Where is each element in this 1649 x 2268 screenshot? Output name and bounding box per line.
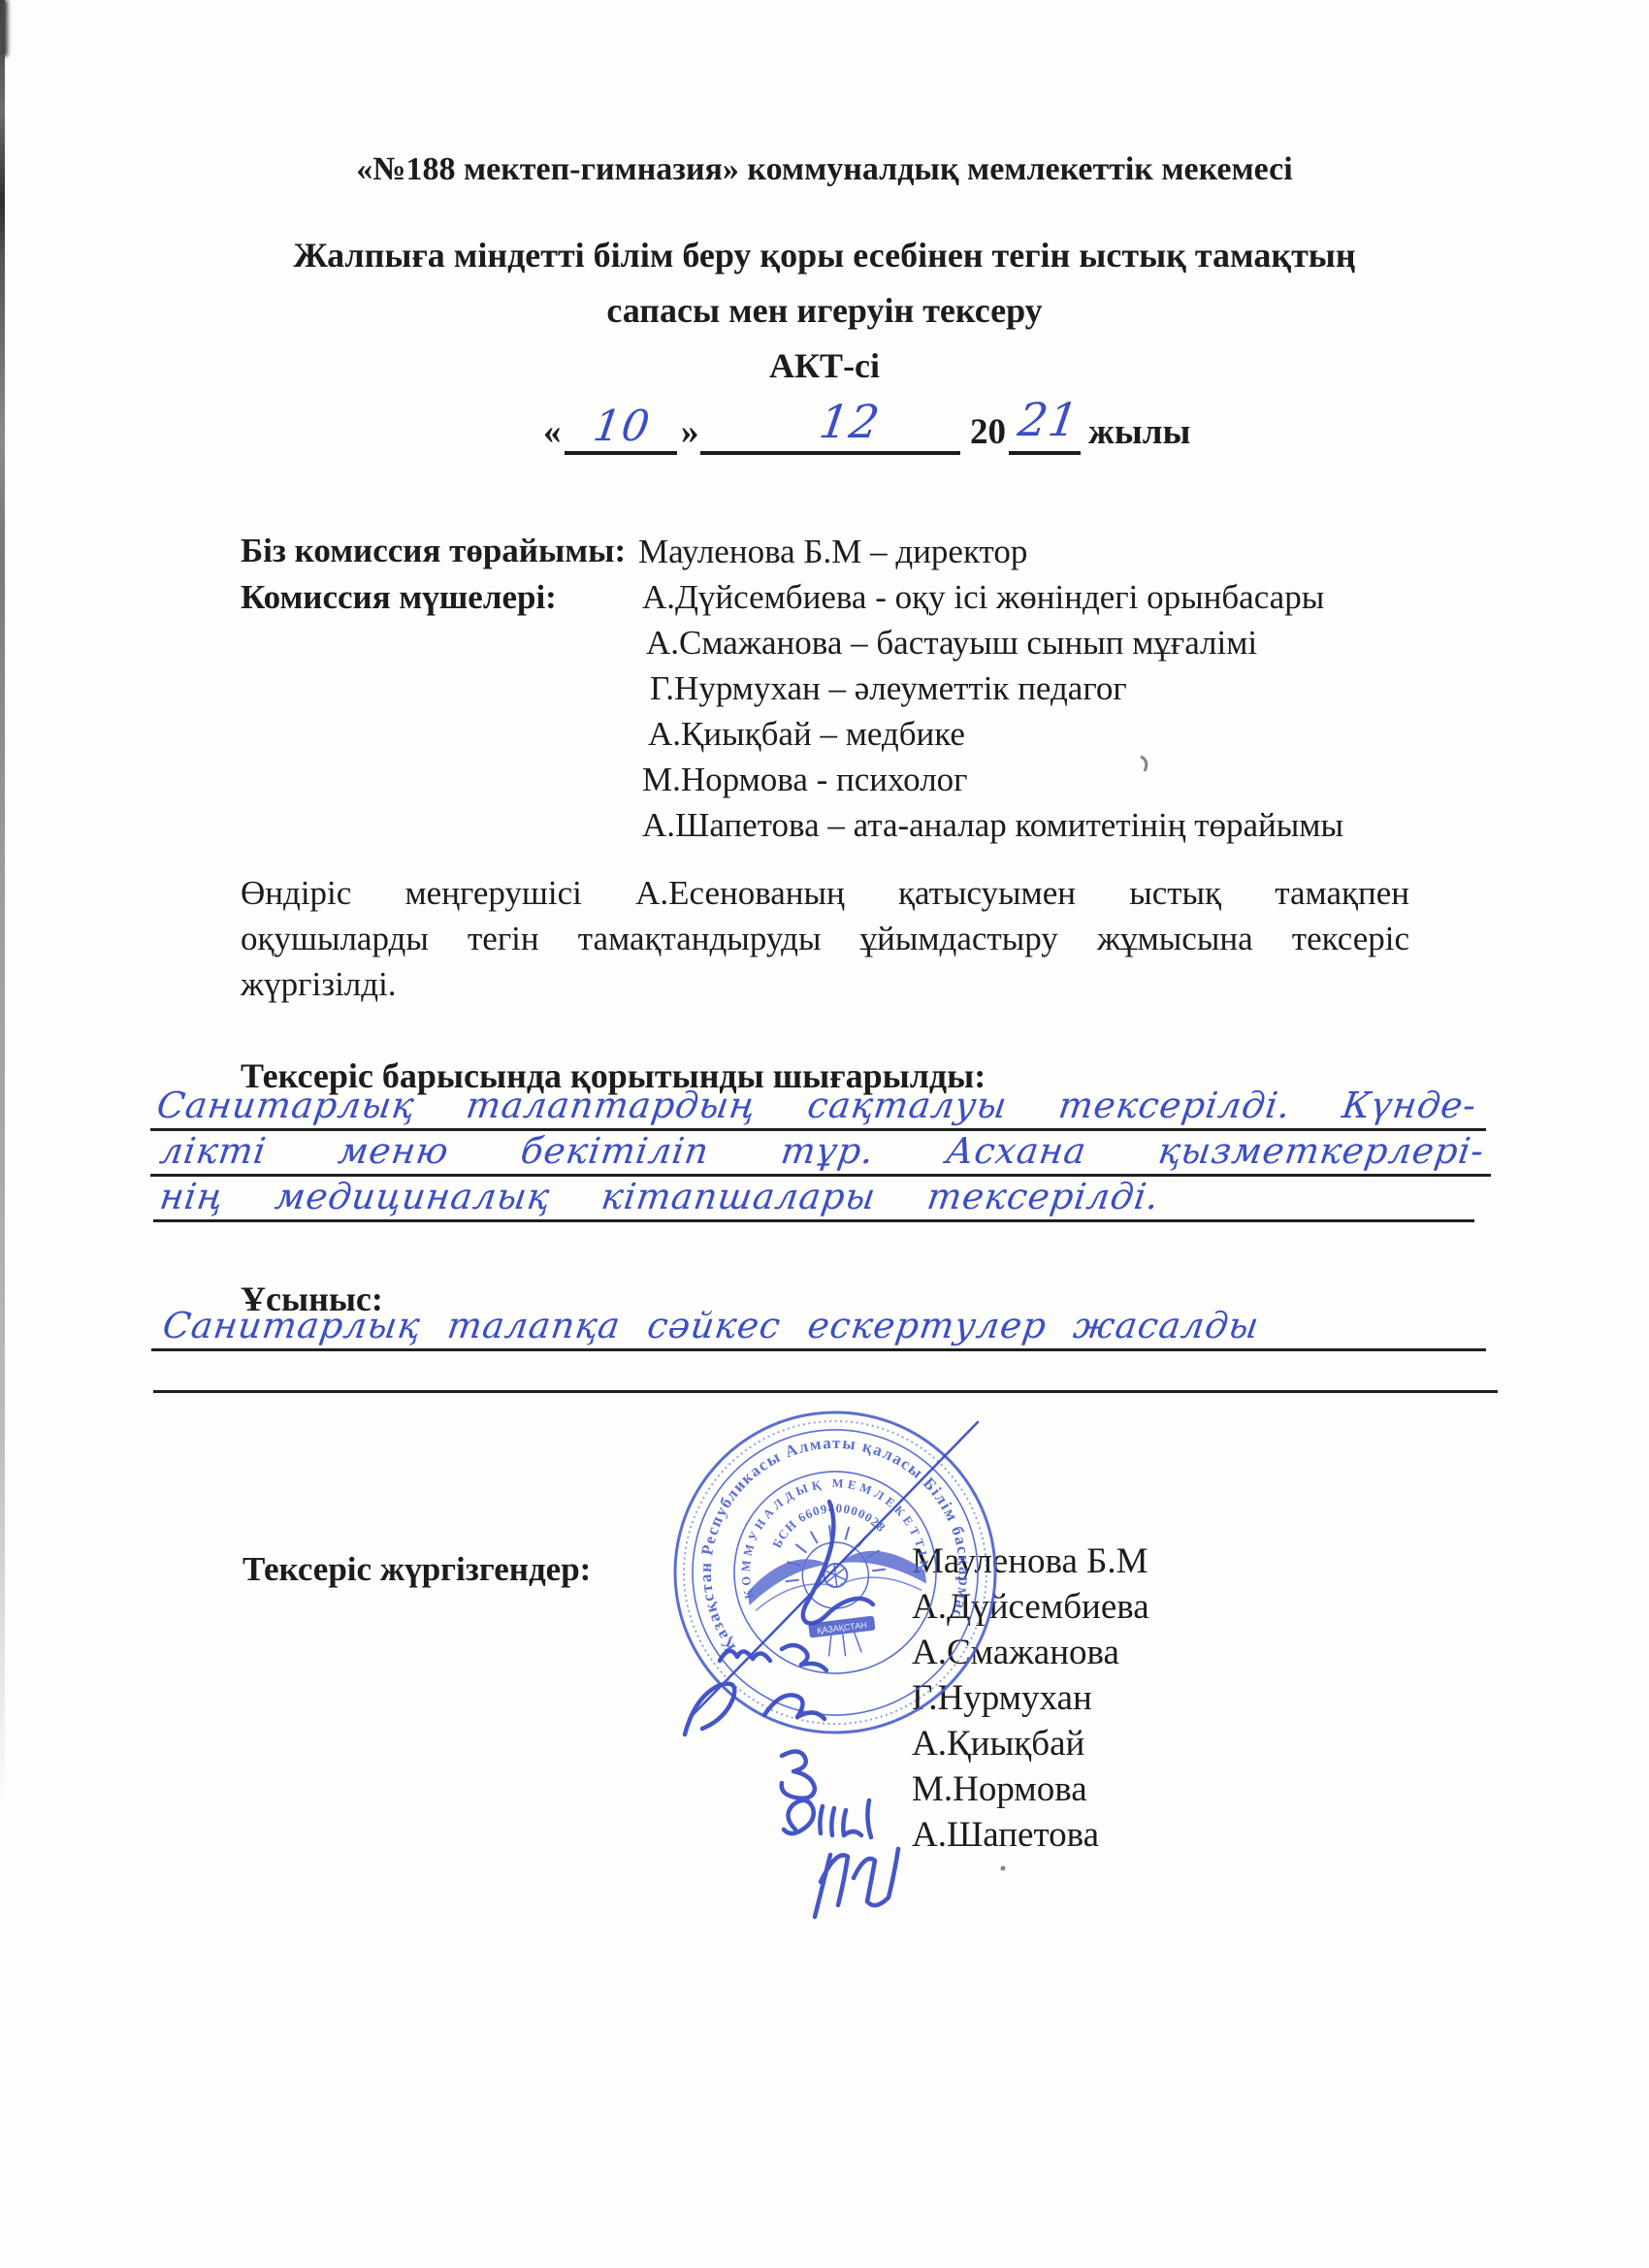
scan-speck [1001, 1866, 1006, 1871]
signature-stroke [815, 1849, 898, 1917]
scan-corner-artifact [0, 0, 8, 56]
ruled-line [153, 1390, 1498, 1393]
inspector-name: А.Шапетова [912, 1812, 1149, 1858]
body-paragraph-line: жүргізілді. [241, 965, 1409, 1004]
handwritten-conclusion-line-1: Санитарлық талаптардың сақталуы тексеріл… [154, 1084, 1479, 1128]
commission-chair-value: Мауленова Б.М – директор [638, 533, 1027, 571]
org-title: «№188 мектеп-гимназия» коммуналдық мемле… [0, 151, 1649, 188]
date-close-quote: » [681, 411, 699, 453]
stamp-microtext-ring [671, 1409, 1001, 1738]
ruled-line [151, 1348, 1486, 1351]
handwritten-conclusion-line-2: лікті меню бекітіліп тұр. Асхана қызметк… [157, 1129, 1487, 1174]
signature-stroke [784, 1800, 871, 1837]
scan-speck [1141, 757, 1147, 771]
ruled-line [153, 1219, 1474, 1222]
scanned-act-document: «№188 мектеп-гимназия» коммуналдық мемле… [0, 0, 1649, 2268]
date-open-quote: « [543, 411, 562, 453]
signature-stroke [782, 1751, 815, 1798]
official-stamp: Қазақстан Республикасы Алматы қаласы Біл… [671, 1409, 1001, 1738]
commission-chair-label: Біз комиссия төрайымы: [241, 532, 626, 570]
body-paragraph-line: Өндіріс меңгерушісі А.Есенованың қатысуы… [241, 874, 1409, 913]
member-row: М.Нормова - психолог [642, 761, 968, 799]
member-row: А.Қиықбай – медбике [648, 715, 965, 754]
member-row: А.Дүйсембиева - оқу ісі жөніндегі орынба… [642, 578, 1324, 617]
inspector-name: М.Нормова [912, 1766, 1149, 1812]
handwritten-proposal-line: Санитарлық талапқа сәйкес ескертулер жас… [160, 1304, 1262, 1348]
subject-title-line1: Жалпыға міндетті білім беру қоры есебіне… [0, 235, 1649, 275]
subject-title-line2: сапасы мен игеруін тексеру [0, 290, 1649, 331]
handwritten-day: 10 [590, 402, 653, 451]
act-label: АКТ-сі [0, 345, 1649, 386]
member-row: А.Шапетова – ата-аналар комитетінің төра… [642, 806, 1343, 845]
scan-edge-artifact [0, 0, 5, 1843]
body-paragraph-line: оқушыларды тегін тамақтандыруды ұйымдаст… [241, 920, 1409, 958]
inspectors-label: Тексеріс жүргізгендер: [242, 1550, 591, 1589]
handwritten-month: 12 [816, 396, 884, 449]
handwritten-conclusion-line-3: нің медициналық кітапшалары тексерілді. [157, 1175, 1162, 1219]
date-word-year: жылы [1088, 411, 1190, 453]
member-row: А.Смажанова – бастауыш сынып мұғалімі [646, 624, 1257, 663]
handwritten-year: 21 [1015, 394, 1083, 447]
member-row: Г.Нурмухан – әлеуметтік педагог [650, 669, 1127, 708]
date-year-prefix: 20 [970, 411, 1006, 453]
commission-members-label: Комиссия мүшелері: [241, 578, 557, 617]
